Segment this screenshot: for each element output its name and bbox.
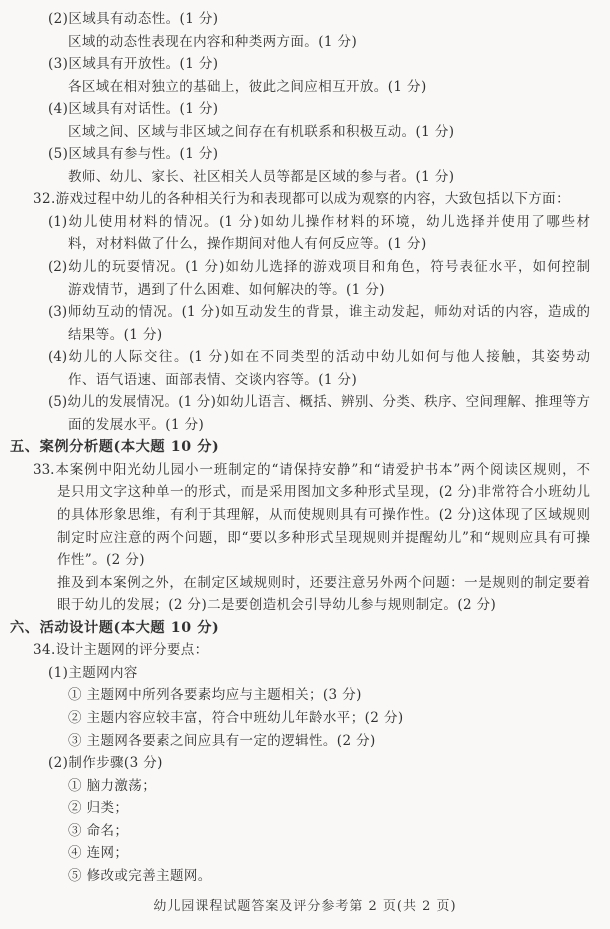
doc-line: 作、语气语速、面部表情、交谈内容等。(1 分) [0,369,610,392]
doc-line: (5)区域具有参与性。(1 分) [0,143,610,166]
doc-line: 33.本案例中阳光幼儿园小一班制定的“请保持安静”和“请爱护书本”两个阅读区规则… [0,459,590,482]
doc-line: 游戏情节，遇到了什么困难、如何解决的等。(1 分) [0,279,610,302]
doc-line: 是只用文字这种单一的形式，而是采用图加文多种形式呈现，(2 分)非常符合小班幼儿 [0,481,590,504]
doc-line: ⑤ 修改或完善主题网。 [0,865,610,888]
doc-line: 制定时应注意的两个问题，即“要以多种形式呈现规则并提醒幼儿”和“规则应具有可操 [0,527,590,550]
doc-line: ② 主题内容应较丰富，符合中班幼儿年龄水平；(2 分) [0,707,610,730]
doc-line: (2)幼儿的玩耍情况。(1 分)如幼儿选择的游戏项目和角色，符号表征水平，如何控… [0,256,590,279]
doc-line: 眼于幼儿的发展；(2 分)二是要创造机会引导幼儿参与规则制定。(2 分) [0,594,610,617]
doc-line: (4)幼儿的人际交往。(1 分)如在不同类型的活动中幼儿如何与他人接触，其姿势动 [0,346,590,369]
doc-line: 34.设计主题网的评分要点： [0,639,610,662]
doc-line: 面的发展水平。(1 分) [0,414,610,437]
doc-line: 作性”。(2 分) [0,549,610,572]
doc-line: ① 脑力激荡； [0,775,610,798]
doc-line: ③ 主题网各要素之间应具有一定的逻辑性。(2 分) [0,730,610,753]
doc-line: ② 归类； [0,797,610,820]
doc-line: (4)区域具有对话性。(1 分) [0,98,610,121]
doc-line: (3)区域具有开放性。(1 分) [0,53,610,76]
doc-line: ③ 命名； [0,820,610,843]
doc-line: 教师、幼儿、家长、社区相关人员等都是区域的参与者。(1 分) [0,166,610,189]
doc-line: (3)师幼互动的情况。(1 分)如互动发生的背景，谁主动发起，师幼对话的内容，造… [0,301,590,324]
doc-line: 推及到本案例之外，在制定区域规则时，还要注意另外两个问题：一是规则的制定要着 [0,572,590,595]
doc-line: 结果等。(1 分) [0,324,610,347]
doc-line: 的具体形象思维，有利于其理解，从而使规则具有可操作性。(2 分)这体现了区域规则 [0,504,590,527]
section-heading-line: 五、案例分析题(本大题 10 分) [0,436,610,459]
exam-answer-page: (2)区域具有动态性。(1 分)区域的动态性表现在内容和种类两方面。(1 分)(… [0,0,610,929]
doc-line: (5)幼儿的发展情况。(1 分)如幼儿语言、概括、辨别、分类、秩序、空间理解、推… [0,391,590,414]
doc-line: ④ 连网； [0,842,610,865]
doc-line: (1)主题网内容 [0,662,610,685]
doc-line: 区域之间、区域与非区域之间存在有机联系和积极互动。(1 分) [0,121,610,144]
doc-line: 各区域在相对独立的基础上，彼此之间应相互开放。(1 分) [0,76,610,99]
doc-line: (2)制作步骤(3 分) [0,752,610,775]
doc-line: (1)幼儿使用材料的情况。(1 分)如幼儿操作材料的环境，幼儿选择并使用了哪些材 [0,211,590,234]
page-footer: 幼儿园课程试题答案及评分参考第 2 页(共 2 页) [0,898,610,916]
doc-line: 区域的动态性表现在内容和种类两方面。(1 分) [0,31,610,54]
document-body: (2)区域具有动态性。(1 分)区域的动态性表现在内容和种类两方面。(1 分)(… [0,8,610,887]
doc-line: ① 主题网中所列各要素均应与主题相关；(3 分) [0,684,610,707]
doc-line: (2)区域具有动态性。(1 分) [0,8,610,31]
section-heading-line: 六、活动设计题(本大题 10 分) [0,617,610,640]
doc-line: 32.游戏过程中幼儿的各种相关行为和表现都可以成为观察的内容，大致包括以下方面： [0,188,610,211]
doc-line: 料，对材料做了什么，操作期间对他人有何反应等。(1 分) [0,233,610,256]
